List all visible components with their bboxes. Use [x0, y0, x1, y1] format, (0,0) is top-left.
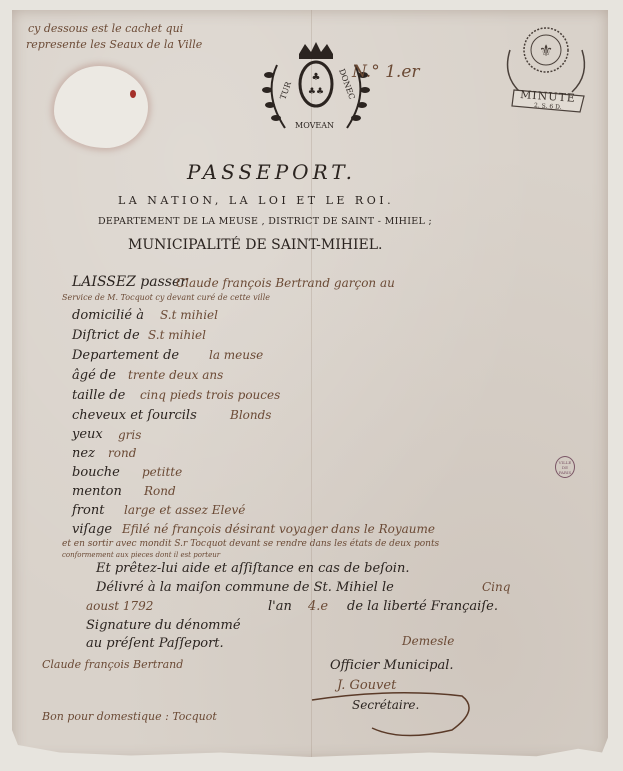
paper-hole	[54, 66, 148, 148]
signature-label-2: au préſent Paſſeport.	[86, 636, 224, 651]
yeux-label: yeux	[72, 427, 103, 442]
district-value: S.t mihiel	[148, 328, 206, 342]
lan-value: 4.e	[308, 599, 328, 614]
minute-stamp: ⚜ MINUTE 2. S. 6 D.	[492, 20, 600, 116]
passport-title: PASSEPORT.	[187, 160, 356, 184]
taille-value: cinq pieds trois pouces	[140, 388, 280, 402]
signature-label-1: Signature du dénommé	[86, 618, 241, 633]
laissez-passer-value: Claude françois Bertrand garçon au	[176, 276, 395, 290]
wax-stain	[130, 90, 136, 98]
ville-de-paris-stamp: VILLE DE PARIS	[555, 456, 575, 478]
front-label: front	[72, 503, 104, 518]
secretary-flourish-icon	[302, 670, 482, 740]
nez-value: rond	[108, 446, 136, 460]
delivre-line: Délivré à la maiſon commune de St. Mihie…	[96, 580, 394, 595]
visage-value-3: conformement aux pieces dont il est port…	[62, 551, 220, 559]
bouche-value: petitte	[142, 465, 182, 479]
document-number: N.° 1.er	[352, 62, 420, 82]
bon-pour-note: Bon pour domestique : Tocquot	[42, 710, 217, 723]
district-label: Diſtrict de	[72, 328, 140, 343]
age-value: trente deux ans	[128, 368, 223, 382]
menton-value: Rond	[144, 484, 176, 498]
passport-document: cy dessous est le cachet qui represente …	[12, 10, 608, 760]
date-day: Cinq	[482, 580, 510, 594]
bouche-label: bouche	[72, 465, 120, 480]
header-motto: LA NATION, LA LOI ET LE ROI.	[118, 194, 394, 207]
svg-text:♣: ♣	[312, 72, 321, 83]
cheveux-value: Blonds	[230, 408, 271, 422]
age-label: âgé de	[72, 368, 116, 383]
svg-text:TUR: TUR	[278, 80, 293, 101]
cheveux-label: cheveux et ſourcils	[72, 408, 197, 423]
svg-text:⚜: ⚜	[539, 41, 553, 60]
lan-prefix: l'an	[268, 599, 292, 614]
menton-label: menton	[72, 484, 122, 499]
district-line: DEPARTEMENT DE LA MEUSE , DISTRICT DE SA…	[98, 216, 432, 227]
annotation-line-1: cy dessous est le cachet qui	[28, 22, 183, 35]
visage-value: Efilé né françois désirant voyager dans …	[122, 522, 435, 536]
municipality-title: MUNICIPALITÉ DE SAINT-MIHIEL.	[128, 237, 382, 253]
pretez-line: Et prêtez-lui aide et aſſiſtance en cas …	[96, 561, 409, 576]
departement-value: la meuse	[209, 348, 263, 362]
domicile-value: S.t mihiel	[160, 308, 218, 322]
departement-label: Departement de	[72, 348, 179, 363]
coat-of-arms-icon: ♣ ♣♣ TUR DONEC MOVEAN	[255, 40, 377, 140]
annotation-line-2: represente les Seaux de la Ville	[26, 38, 202, 51]
date-month-year: aoust 1792	[86, 599, 153, 613]
bearer-signature: Claude françois Bertrand	[42, 658, 183, 671]
domicile-label: domicilié à	[72, 308, 144, 323]
front-value: large et assez Elevé	[124, 503, 245, 517]
officer-signature: Demesle	[402, 634, 454, 648]
visage-label: viſage	[72, 522, 112, 537]
taille-label: taille de	[72, 388, 125, 403]
yeux-value: gris	[118, 428, 141, 442]
nez-label: nez	[72, 446, 95, 461]
svg-text:MOVEAN: MOVEAN	[295, 121, 334, 130]
visage-value-2: et en sortir avec mondit S.r Tocquot dev…	[62, 539, 439, 549]
laissez-passer-value-2: Service de M. Tocquot cy devant curé de …	[62, 293, 270, 302]
crest-emblem: ♣ ♣♣ TUR DONEC MOVEAN	[255, 40, 377, 140]
svg-text:♣♣: ♣♣	[308, 87, 324, 97]
laissez-passer-label: LAISSEZ passer	[72, 274, 187, 290]
lan-suffix: de la liberté Françaiſe.	[347, 599, 498, 614]
